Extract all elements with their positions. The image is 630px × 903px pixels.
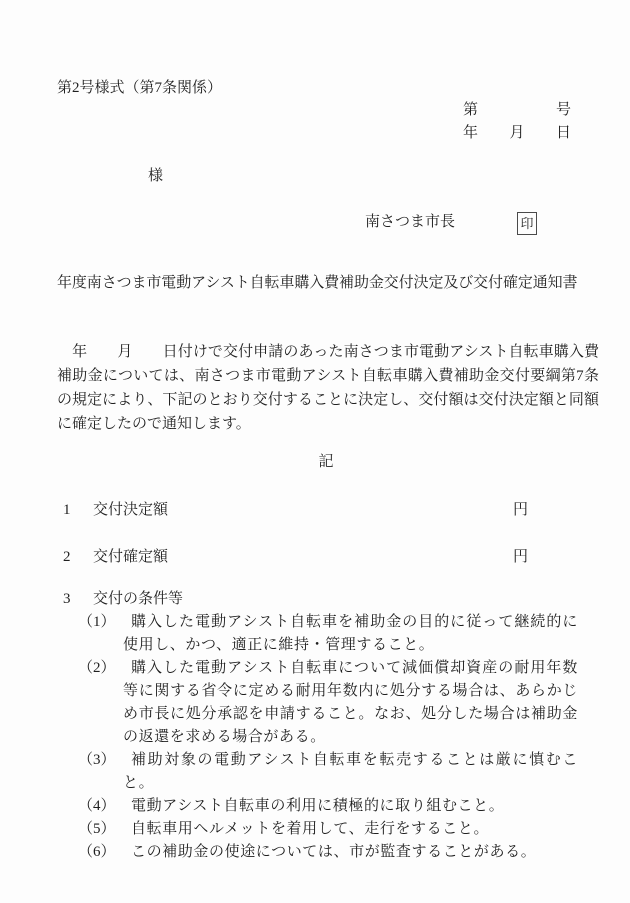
condition-6-text: この補助金の使途については、市が監査することがある。 [123, 841, 578, 864]
condition-2-number: （2） [78, 657, 123, 749]
year-label: 年 [463, 121, 478, 145]
amount-row-confirmed: 2 交付確定額 円 [57, 545, 595, 569]
condition-item-2: （2） 購入した電動アシスト自転車について減価償却資産の耐用年数等に関する省令に… [78, 657, 588, 749]
seal-character: 印 [520, 217, 533, 230]
condition-3-number: （3） [78, 749, 123, 795]
amount-decided-label: 交付決定額 [93, 498, 513, 522]
sender-name-label: 南さつま市長 [365, 210, 455, 234]
conditions-heading: 3 交付の条件等 [57, 587, 183, 611]
document-number-line: 第 号 [463, 98, 571, 122]
conditions-heading-label: 交付の条件等 [93, 587, 183, 611]
record-marker: 記 [57, 450, 595, 474]
conditions-list: （1） 購入した電動アシスト自転車を補助金の目的に従って継続的に使用し、かつ、適… [78, 611, 588, 864]
condition-item-3: （3） 補助対象の電動アシスト自転車を転売することは厳に慎むこと。 [78, 749, 588, 795]
amount-confirmed-unit: 円 [513, 545, 528, 569]
condition-1-number: （1） [78, 611, 123, 657]
conditions-heading-number: 3 [57, 587, 93, 611]
condition-item-4: （4） 電動アシスト自転車の利用に積極的に取り組むこと。 [78, 795, 588, 818]
condition-6-number: （6） [78, 841, 123, 864]
condition-item-6: （6） この補助金の使途については、市が監査することがある。 [78, 841, 588, 864]
condition-2-text: 購入した電動アシスト自転車について減価償却資産の耐用年数等に関する省令に定める耐… [123, 657, 578, 749]
condition-4-text: 電動アシスト自転車の利用に積極的に取り組むこと。 [123, 795, 578, 818]
date-line: 年 月 日 [463, 121, 571, 145]
amount-confirmed-label: 交付確定額 [93, 545, 513, 569]
condition-3-text: 補助対象の電動アシスト自転車を転売することは厳に慎むこと。 [123, 749, 578, 795]
body-paragraph: 年 月 日付けで交付申請のあった南さつま市電動アシスト自転車購入費補助金について… [57, 340, 599, 436]
condition-5-number: （5） [78, 818, 123, 841]
document-title: 年度南さつま市電動アシスト自転車購入費補助金交付決定及び交付確定通知書 [57, 271, 599, 295]
condition-5-text: 自転車用ヘルメットを着用して、走行をすること。 [123, 818, 578, 841]
document-number-suffix: 号 [556, 98, 571, 122]
condition-item-5: （5） 自転車用ヘルメットを着用して、走行をすること。 [78, 818, 588, 841]
document-page: 第2号様式（第7条関係） 第 号 年 月 日 様 南さつま市長 印 年度南さつま… [0, 0, 630, 903]
condition-item-1: （1） 購入した電動アシスト自転車を補助金の目的に従って継続的に使用し、かつ、適… [78, 611, 588, 657]
amount-decided-number: 1 [57, 498, 93, 522]
day-label: 日 [556, 121, 571, 145]
month-label: 月 [509, 121, 524, 145]
condition-4-number: （4） [78, 795, 123, 818]
seal-stamp: 印 [517, 212, 537, 235]
amount-confirmed-number: 2 [57, 545, 93, 569]
form-number-label: 第2号様式（第7条関係） [57, 76, 222, 100]
amount-decided-unit: 円 [513, 498, 528, 522]
condition-1-text: 購入した電動アシスト自転車を補助金の目的に従って継続的に使用し、かつ、適正に維持… [123, 611, 578, 657]
document-number-prefix: 第 [463, 98, 478, 122]
addressee-suffix-label: 様 [148, 164, 163, 188]
amount-row-decided: 1 交付決定額 円 [57, 498, 595, 522]
